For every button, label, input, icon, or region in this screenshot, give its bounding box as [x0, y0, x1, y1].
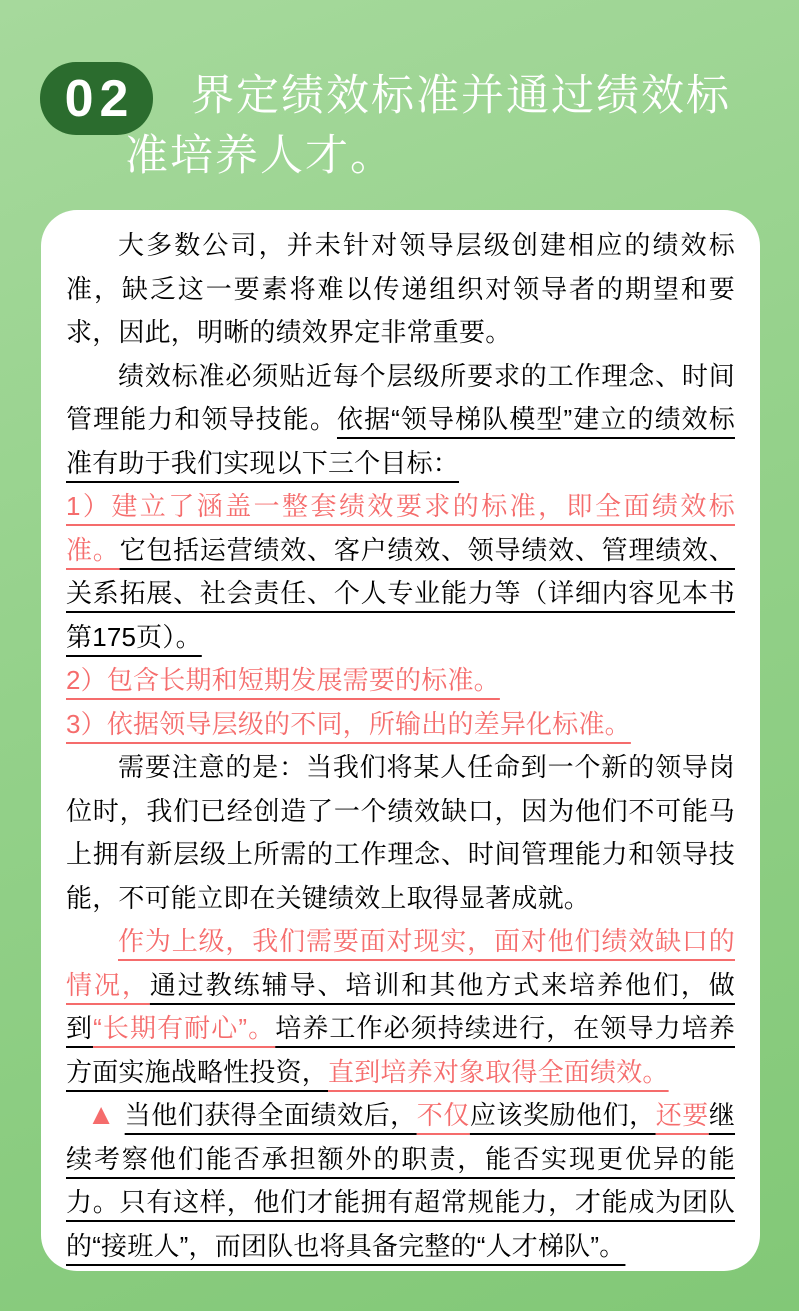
body-paragraph: 绩效标准必须贴近每个层级所要求的工作理念、时间管理能力和领导技能。依据“领导梯队…	[66, 355, 735, 486]
body-paragraph: 2）包含长期和短期发展需要的标准。	[66, 659, 735, 703]
text-run: 不仅	[417, 1100, 470, 1130]
text-run: 大多数公司，并未针对领导层级创建相应的绩效标准，缺乏这一要素将难以传递组织对领导…	[66, 230, 735, 347]
text-run: 2）包含长期和短期发展需要的标准。	[66, 665, 500, 695]
section-title: 界定绩效标准并通过绩效标 准培养人才。	[125, 66, 740, 186]
text-run: “长期有耐心”。	[93, 1013, 275, 1043]
section-number: 02	[65, 69, 135, 129]
text-run: 直到培养对象取得全面绩效。	[328, 1057, 669, 1087]
text-run: 它包括运营绩效、客户绩效、领导绩效、管理绩效、关系拓展、社会责任、个人专业能力等…	[66, 535, 735, 652]
body-paragraph: 1）建立了涵盖一整套绩效要求的标准，即全面绩效标准。它包括运营绩效、客户绩效、领…	[66, 485, 735, 659]
content-card: 大多数公司，并未针对领导层级创建相应的绩效标准，缺乏这一要素将难以传递组织对领导…	[41, 210, 760, 1271]
text-run: 当他们获得全面绩效后，	[125, 1100, 417, 1130]
body-paragraph: 作为上级，我们需要面对现实，面对他们绩效缺口的情况，通过教练辅导、培训和其他方式…	[66, 920, 735, 1094]
text-run: 3）依据领导层级的不同，所输出的差异化标准。	[66, 709, 631, 739]
body-paragraph: ▲ 当他们获得全面绩效后，不仅应该奖励他们，还要继续考察他们能否承担额外的职责，…	[66, 1094, 735, 1268]
text-run: 应该奖励他们，	[470, 1100, 656, 1130]
text-run: 还要	[656, 1100, 709, 1130]
body-paragraph: 3）依据领导层级的不同，所输出的差异化标准。	[66, 703, 735, 747]
text-run: 需要注意的是：当我们将某人任命到一个新的领导岗位时，我们已经创造了一个绩效缺口，…	[66, 752, 735, 913]
body-paragraph: 大多数公司，并未针对领导层级创建相应的绩效标准，缺乏这一要素将难以传递组织对领导…	[66, 224, 735, 355]
triangle-icon: ▲	[87, 1099, 125, 1131]
page-background: 02 界定绩效标准并通过绩效标 准培养人才。 大多数公司，并未针对领导层级创建相…	[0, 0, 799, 1311]
body-paragraph: 需要注意的是：当我们将某人任命到一个新的领导岗位时，我们已经创造了一个绩效缺口，…	[66, 746, 735, 920]
